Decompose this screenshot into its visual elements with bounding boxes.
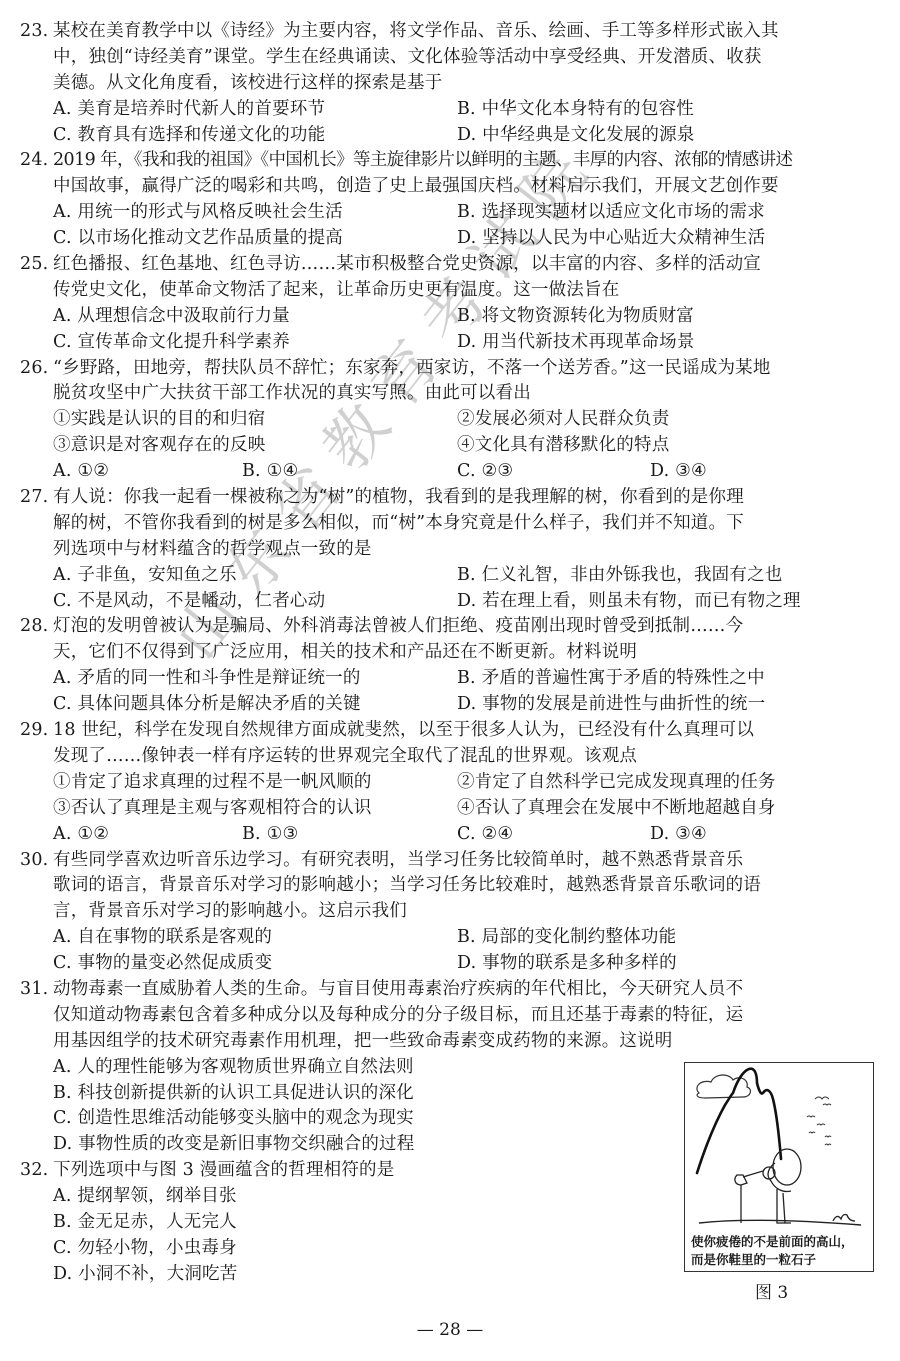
question-stem: 歌词的语言，背景音乐对学习的影响越小；当学习任务比较难时，越熟悉背景音乐歌词的语 [53, 873, 761, 899]
option-d[interactable]: D. ③④ [650, 459, 707, 485]
option-c[interactable]: C. 勿轻小物，小虫毒身 [53, 1236, 237, 1262]
option-c[interactable]: C. 以市场化推动文艺作品质量的提高 [53, 226, 343, 252]
question-28-options-row: A. 矛盾的同一性和斗争性是辩证统一的 B. 矛盾的普遍性寓于矛盾的特殊性之中 [20, 666, 886, 692]
question-31-stem-line: 31. 动物毒素一直威胁着人类的生命。与盲目使用毒素治疗疾病的年代相比，今天研究… [20, 977, 886, 1003]
option-d[interactable]: D. ③④ [650, 822, 707, 848]
question-30-stem-line: 30. 有些同学喜欢边听音乐边学习。有研究表明，当学习任务比较简单时，越不熟悉背… [20, 848, 886, 874]
question-number: 25. [20, 252, 48, 278]
option-a[interactable]: A. 从理想信念中汲取前行力量 [53, 304, 290, 330]
question-stem: 灯泡的发明曾被认为是骗局、外科消毒法曾被人们拒绝、疫苗刚出现时曾受到抵制……今 [53, 614, 743, 640]
statement-2: ②发展必须对人民群众负责 [457, 407, 669, 433]
question-26-options-row: A. ①② B. ①④ C. ②③ D. ③④ [20, 459, 886, 485]
question-stem: 列选项中与材料蕴含的哲学观点一致的是 [53, 537, 372, 563]
question-stem: 发现了……像钟表一样有序运转的世界观完全取代了混乱的世界观。该观点 [53, 744, 637, 770]
statement-1: ①肯定了追求真理的过程不是一帆风顺的 [53, 770, 372, 796]
statement-1: ①实践是认识的目的和归宿 [53, 407, 265, 433]
question-number: 31. [20, 977, 48, 1003]
question-25-options-row: C. 宣传革命文化提升科学素养 D. 用当代新技术再现革命场景 [20, 330, 886, 356]
question-24-options-row: C. 以市场化推动文艺作品质量的提高 D. 坚持以人民为中心贴近大众精神生活 [20, 226, 886, 252]
option-a[interactable]: A. 矛盾的同一性和斗争性是辩证统一的 [53, 666, 361, 692]
question-29-statements-row: ①肯定了追求真理的过程不是一帆风顺的 ②肯定了自然科学已完成发现真理的任务 [20, 770, 886, 796]
option-c[interactable]: C. ②③ [457, 459, 513, 485]
option-d[interactable]: D. 小洞不补，大洞吃苦 [53, 1262, 237, 1288]
option-b[interactable]: B. 中华文化本身特有的包容性 [457, 97, 694, 123]
option-a[interactable]: A. ①② [53, 822, 109, 848]
question-number: 23. [20, 19, 48, 45]
option-b[interactable]: B. 科技创新提供新的认识工具促进认识的深化 [53, 1081, 414, 1107]
cartoon-caption-line: 而是你鞋里的一粒石子 [691, 1251, 816, 1269]
question-number: 32. [20, 1158, 48, 1184]
option-d[interactable]: D. 用当代新技术再现革命场景 [457, 330, 695, 356]
option-d[interactable]: D. 坚持以人民为中心贴近大众精神生活 [457, 226, 765, 252]
question-26-stem-line: 脱贫攻坚中广大扶贫干部工作状况的真实写照。由此可以看出 [20, 381, 886, 407]
option-b[interactable]: B. 矛盾的普遍性寓于矛盾的特殊性之中 [457, 666, 765, 692]
question-stem: 用基因组学的技术研究毒素作用机理，把一些致命毒素变成药物的来源。这说明 [53, 1029, 673, 1055]
option-d[interactable]: D. 事物性质的改变是新旧事物交织融合的过程 [53, 1132, 414, 1158]
question-stem: 仅知道动物毒素包含着多种成分以及每种成分的分子级目标，而且还基于毒素的特征，运 [53, 1003, 743, 1029]
question-28-stem-line: 天，它们不仅得到了广泛应用，相关的技术和产品还在不断更新。材料说明 [20, 640, 886, 666]
question-30-options-row: C. 事物的量变必然促成质变 D. 事物的联系是多种多样的 [20, 951, 886, 977]
question-28-stem-line: 28. 灯泡的发明曾被认为是骗局、外科消毒法曾被人们拒绝、疫苗刚出现时曾受到抵制… [20, 614, 886, 640]
question-29-stem-line: 发现了……像钟表一样有序运转的世界观完全取代了混乱的世界观。该观点 [20, 744, 886, 770]
option-c[interactable]: C. 具体问题具体分析是解决矛盾的关键 [53, 692, 361, 718]
question-stem: 红色播报、红色基地、红色寻访……某市积极整合党史资源，以丰富的内容、多样的活动宣 [53, 252, 761, 278]
question-stem: 天，它们不仅得到了广泛应用，相关的技术和产品还在不断更新。材料说明 [53, 640, 637, 666]
question-stem: 下列选项中与图 3 漫画蕴含的哲理相符的是 [53, 1158, 394, 1184]
question-26-stem-line: 26. “乡野路，田地旁，帮扶队员不辞忙；东家奔，西家访，不落一个送芳香。”这一… [20, 356, 886, 382]
statement-2: ②肯定了自然科学已完成发现真理的任务 [457, 770, 776, 796]
question-23-stem-line: 中，独创“诗经美育”课堂。学生在经典诵读、文化体验等活动中享受经典、开发潜质、收… [20, 45, 886, 71]
question-25-stem-line: 25. 红色播报、红色基地、红色寻访……某市积极整合党史资源，以丰富的内容、多样… [20, 252, 886, 278]
statement-4: ④文化具有潜移默化的特点 [457, 433, 669, 459]
question-25-stem-line: 传党史文化，使革命文物活了起来，让革命历史更有温度。这一做法旨在 [20, 278, 886, 304]
birds-icon [807, 1097, 831, 1145]
question-number: 26. [20, 356, 48, 382]
question-24-options-row: A. 用统一的形式与风格反映社会生活 B. 选择现实题材以适应文化市场的需求 [20, 200, 886, 226]
cartoon-illustration [685, 1063, 872, 1233]
question-24-stem-line: 24. 2019 年，《我和我的祖国》《中国机长》等主旋律影片以鲜明的主题、丰厚… [20, 148, 886, 174]
question-stem: 言，背景音乐对学习的影响越小。这启示我们 [53, 899, 407, 925]
question-number: 30. [20, 848, 48, 874]
question-stem: 脱贫攻坚中广大扶贫干部工作状况的真实写照。由此可以看出 [53, 381, 531, 407]
cloud-icon [697, 1075, 751, 1098]
option-b[interactable]: B. 局部的变化制约整体功能 [457, 925, 676, 951]
figure-3-cartoon: 使你疲倦的不是前面的高山， 而是你鞋里的一粒石子 [684, 1062, 874, 1272]
option-d[interactable]: D. 中华经典是文化发展的源泉 [457, 123, 695, 149]
mountain-icon [697, 1069, 781, 1173]
question-stem: 中，独创“诗经美育”课堂。学生在经典诵读、文化体验等活动中享受经典、开发潜质、收… [53, 45, 762, 71]
figure-label: 图 3 [755, 1278, 788, 1303]
question-28-options-row: C. 具体问题具体分析是解决矛盾的关键 D. 事物的发展是前进性与曲折性的统一 [20, 692, 886, 718]
question-number: 27. [20, 485, 48, 511]
option-c[interactable]: C. 不是风动，不是幡动，仁者心动 [53, 589, 325, 615]
option-b[interactable]: B. 仁义礼智，非由外铄我也，我固有之也 [457, 563, 782, 589]
option-a[interactable]: A. 子非鱼，安知鱼之乐 [53, 563, 237, 589]
option-d[interactable]: D. 若在理上看，则虽未有物，而已有物之理 [457, 589, 801, 615]
exam-page: 山东省教育考试院 23. 某校在美育教学中以《诗经》为主要内容，将文学作品、音乐… [0, 0, 900, 1361]
question-27-stem-line: 列选项中与材料蕴含的哲学观点一致的是 [20, 537, 886, 563]
question-30-stem-line: 言，背景音乐对学习的影响越小。这启示我们 [20, 899, 886, 925]
question-29-options-row: A. ①② B. ①③ C. ②④ D. ③④ [20, 822, 886, 848]
question-26-statements-row: ①实践是认识的目的和归宿 ②发展必须对人民群众负责 [20, 407, 886, 433]
option-a[interactable]: A. 人的理性能够为客观物质世界确立自然法则 [53, 1055, 414, 1081]
option-a[interactable]: A. 自在事物的联系是客观的 [53, 925, 272, 951]
option-b[interactable]: B. 选择现实题材以适应文化市场的需求 [457, 200, 765, 226]
question-23-options-row: A. 美育是培养时代新人的首要环节 B. 中华文化本身特有的包容性 [20, 97, 886, 123]
cartoon-caption-line: 使你疲倦的不是前面的高山， [691, 1233, 854, 1251]
question-27-options-row: C. 不是风动，不是幡动，仁者心动 D. 若在理上看，则虽未有物，而已有物之理 [20, 589, 886, 615]
question-31-stem-line: 用基因组学的技术研究毒素作用机理，把一些致命毒素变成药物的来源。这说明 [20, 1029, 886, 1055]
statement-3: ③否认了真理是主观与客观相符合的认识 [53, 796, 372, 822]
option-d[interactable]: D. 事物的联系是多种多样的 [457, 951, 677, 977]
question-stem: “乡野路，田地旁，帮扶队员不辞忙；东家奔，西家访，不落一个送芳香。”这一民谣成为… [53, 356, 771, 382]
question-stem: 中国故事，赢得广泛的喝彩和共鸣，创造了史上最强国庆档。材料启示我们，开展文艺创作… [53, 174, 779, 200]
page-number: — 28 — [0, 1320, 900, 1340]
question-number: 29. [20, 718, 48, 744]
option-b[interactable]: B. 将文物资源转化为物质财富 [457, 304, 694, 330]
question-stem: 传党史文化，使革命文物活了起来，让革命历史更有温度。这一做法旨在 [53, 278, 619, 304]
option-a[interactable]: A. ①② [53, 459, 109, 485]
option-a[interactable]: A. 美育是培养时代新人的首要环节 [53, 97, 325, 123]
option-d[interactable]: D. 事物的发展是前进性与曲折性的统一 [457, 692, 765, 718]
question-29-statements-row: ③否认了真理是主观与客观相符合的认识 ④否认了真理会在发展中不断地超越自身 [20, 796, 886, 822]
question-23-stem-line: 23. 某校在美育教学中以《诗经》为主要内容，将文学作品、音乐、绘画、手工等多样… [20, 19, 886, 45]
question-24-stem-line: 中国故事，赢得广泛的喝彩和共鸣，创造了史上最强国庆档。材料启示我们，开展文艺创作… [20, 174, 886, 200]
hiker-icon [735, 1149, 855, 1223]
question-30-stem-line: 歌词的语言，背景音乐对学习的影响越小；当学习任务比较难时，越熟悉背景音乐歌词的语 [20, 873, 886, 899]
option-b[interactable]: B. 金无足赤，人无完人 [53, 1210, 237, 1236]
option-a[interactable]: A. 提纲挈领，纲举目张 [53, 1184, 237, 1210]
question-27-options-row: A. 子非鱼，安知鱼之乐 B. 仁义礼智，非由外铄我也，我固有之也 [20, 563, 886, 589]
option-a[interactable]: A. 用统一的形式与风格反映社会生活 [53, 200, 343, 226]
question-25-options-row: A. 从理想信念中汲取前行力量 B. 将文物资源转化为物质财富 [20, 304, 886, 330]
option-c[interactable]: C. 事物的量变必然促成质变 [53, 951, 272, 977]
option-c[interactable]: C. ②④ [457, 822, 513, 848]
question-stem: 有些同学喜欢边听音乐边学习。有研究表明，当学习任务比较简单时，越不熟悉背景音乐 [53, 848, 743, 874]
question-stem: 2019 年，《我和我的祖国》《中国机长》等主旋律影片以鲜明的主题、丰厚的内容、… [53, 148, 792, 174]
option-c[interactable]: C. 创造性思维活动能够变头脑中的观念为现实 [53, 1106, 414, 1132]
question-26-statements-row: ③意识是对客观存在的反映 ④文化具有潜移默化的特点 [20, 433, 886, 459]
question-stem: 18 世纪，科学在发现自然规律方面成就斐然，以至于很多人认为，已经没有什么真理可… [53, 718, 754, 744]
statement-4: ④否认了真理会在发展中不断地超越自身 [457, 796, 776, 822]
question-stem: 动物毒素一直威胁着人类的生命。与盲目使用毒素治疗疾病的年代相比，今天研究人员不 [53, 977, 743, 1003]
question-31-stem-line: 仅知道动物毒素包含着多种成分以及每种成分的分子级目标，而且还基于毒素的特征，运 [20, 1003, 886, 1029]
question-stem: 有人说：你我一起看一棵被称之为“树”的植物，我看到的是我理解的树，你看到的是你理 [53, 485, 744, 511]
option-b[interactable]: B. ①④ [242, 459, 298, 485]
option-c[interactable]: C. 宣传革命文化提升科学素养 [53, 330, 290, 356]
question-number: 24. [20, 148, 48, 174]
question-23-options-row: C. 教育具有选择和传递文化的功能 D. 中华经典是文化发展的源泉 [20, 123, 886, 149]
statement-3: ③意识是对客观存在的反映 [53, 433, 265, 459]
question-23-stem-line: 美德。从文化角度看，该校进行这样的探索是基于 [20, 71, 886, 97]
option-b[interactable]: B. ①③ [242, 822, 298, 848]
question-30-options-row: A. 自在事物的联系是客观的 B. 局部的变化制约整体功能 [20, 925, 886, 951]
question-27-stem-line: 27. 有人说：你我一起看一棵被称之为“树”的植物，我看到的是我理解的树，你看到… [20, 485, 886, 511]
question-stem: 美德。从文化角度看，该校进行这样的探索是基于 [53, 71, 442, 97]
question-27-stem-line: 解的树，不管你我看到的树是多么相似，而“树”本身究竟是什么样子，我们并不知道。下 [20, 511, 886, 537]
question-stem: 解的树，不管你我看到的树是多么相似，而“树”本身究竟是什么样子，我们并不知道。下 [53, 511, 744, 537]
question-stem: 某校在美育教学中以《诗经》为主要内容，将文学作品、音乐、绘画、手工等多样形式嵌入… [53, 19, 779, 45]
question-number: 28. [20, 614, 48, 640]
question-29-stem-line: 29. 18 世纪，科学在发现自然规律方面成就斐然，以至于很多人认为，已经没有什… [20, 718, 886, 744]
option-c[interactable]: C. 教育具有选择和传递文化的功能 [53, 123, 325, 149]
